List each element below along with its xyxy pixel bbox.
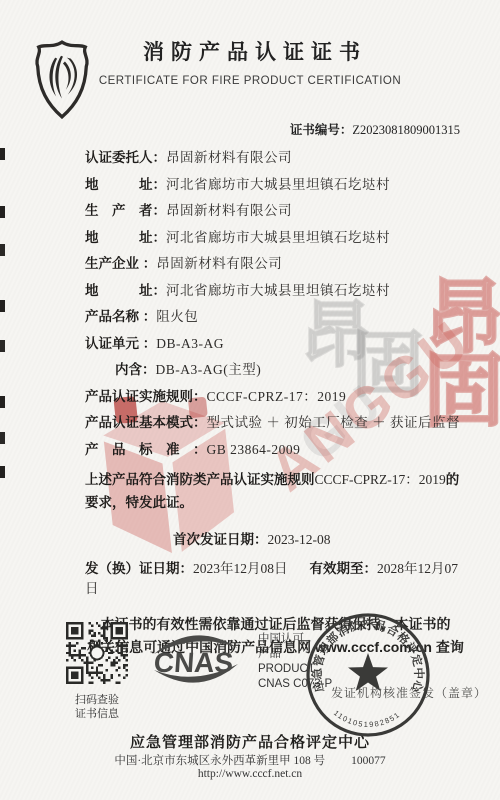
field-product-name: 产品名称 ：阻火包 <box>85 309 466 325</box>
field-value: 型式试验 ＋ 初始工厂检查 ＋ 获证后监督 <box>207 415 461 430</box>
field-producer-address: 地 址：河北省廊坊市大城县里坦镇石圪垯村 <box>85 230 466 246</box>
footer-logos: 扫码查验 证书信息 CNAS 中国认可 产品 PRODUCT CNAS C073… <box>62 622 332 721</box>
seal-number: 1101051982851 <box>332 708 402 729</box>
fire-shield-logo-icon <box>28 38 96 122</box>
certificate-body: 认证委托人：昂固新材料有限公司 地 址：河北省廊坊市大城县里坦镇石圪垯村 生 产… <box>85 150 466 659</box>
valid-until-label: 有效期至： <box>310 561 378 576</box>
first-issue-date-value: 2023-12-08 <box>268 532 331 547</box>
field-value: CCCF-CPRZ-17：2019 <box>207 389 347 404</box>
field-label: 产品认证基本模式： <box>85 415 207 430</box>
statement-lead: 上述产品符合消防类产品认证实施规则 <box>85 472 315 487</box>
postcode: 100077 <box>351 755 386 767</box>
field-label: 产品名称 ： <box>85 309 156 324</box>
field-label: 生 产 者： <box>85 203 166 218</box>
field-product-standard: 产 品 标 准 ：GB 23864-2009 <box>85 442 466 458</box>
field-label: 地 址： <box>85 283 166 298</box>
field-certification-mode: 产品认证基本模式：型式试验 ＋ 初始工厂检查 ＋ 获证后监督 <box>85 415 466 431</box>
field-label: 生产企业 ： <box>85 256 156 271</box>
scan-artifact-marks <box>0 148 5 160</box>
statement-rule-code: CCCF-CPRZ-17：2019 <box>315 472 446 487</box>
qr-caption-line2: 证书信息 <box>62 707 132 721</box>
field-applicant: 认证委托人：昂固新材料有限公司 <box>85 150 466 166</box>
field-certification-unit: 认证单元 ：DB-A3-AG <box>85 336 466 352</box>
certificate-number-value: Z2023081809001315 <box>352 123 460 137</box>
svg-text:1101051982851: 1101051982851 <box>332 708 402 729</box>
field-label: 认证单元 ： <box>85 336 156 351</box>
certificate-number: 证书编号：Z2023081809001315 <box>290 120 460 138</box>
field-label: 地 址： <box>85 230 166 245</box>
cnas-logo: CNAS <box>146 628 246 695</box>
first-issue-date-row: 首次发证日期：2023-12-08 <box>85 528 466 548</box>
cnas-logo-text: CNAS <box>153 647 234 678</box>
field-label: 地 址： <box>85 177 166 192</box>
reissue-date-label: 发（换）证日期： <box>85 561 193 576</box>
qr-code <box>66 622 128 684</box>
field-label: 产 品 标 准 ： <box>85 442 207 457</box>
conformity-statement: 上述产品符合消防类产品认证实施规则CCCF-CPRZ-17：2019的要求，特发… <box>85 468 466 514</box>
field-applicant-address: 地 址：河北省廊坊市大城县里坦镇石圪垯村 <box>85 177 466 193</box>
qr-caption-line1: 扫码查验 <box>62 693 132 707</box>
field-value: 河北省廊坊市大城县里坦镇石圪垯村 <box>166 177 390 192</box>
field-label: 内含： <box>115 362 156 377</box>
field-value: GB 23864-2009 <box>207 442 301 457</box>
qr-caption: 扫码查验 证书信息 <box>62 693 132 721</box>
organization-url: http://www.cccf.net.cn <box>0 768 500 780</box>
field-value: DB-A3-AG(主型) <box>156 362 262 377</box>
first-issue-date-label: 首次发证日期： <box>173 532 268 547</box>
field-value: 河北省廊坊市大城县里坦镇石圪垯村 <box>166 283 390 298</box>
field-manufacturer-address: 地 址：河北省廊坊市大城县里坦镇石圪垯村 <box>85 283 466 299</box>
certificate-page: 昂 固 GU 昂 固 ANGGU 消防产品认证证书 CERTIFICATE FO… <box>0 0 500 800</box>
field-value: DB-A3-AG <box>156 336 224 351</box>
reissue-validity-row: 发（换）证日期：2023年12月08日有效期至：2028年12月07日 <box>85 557 466 597</box>
certificate-number-label: 证书编号： <box>290 123 353 137</box>
field-included-models: 内含：DB-A3-AG(主型) <box>85 362 466 378</box>
field-label: 认证委托人： <box>85 150 166 165</box>
official-seal: 应急管理部消防产品合格评定中心 1101051982851 <box>303 610 433 740</box>
field-value: 昂固新材料有限公司 <box>166 203 292 218</box>
certificate-header: 消防产品认证证书 CERTIFICATE FOR FIRE PRODUCT CE… <box>0 36 500 87</box>
field-implementation-rule: 产品认证实施规则：CCCF-CPRZ-17：2019 <box>85 389 466 405</box>
address-text: 中国·北京市东城区永外西革新里甲 108 号 <box>114 755 325 767</box>
field-value: 昂固新材料有限公司 <box>156 256 282 271</box>
field-label: 产品认证实施规则： <box>85 389 207 404</box>
field-manufacturer: 生产企业 ：昂固新材料有限公司 <box>85 256 466 272</box>
field-value: 阻火包 <box>156 309 198 324</box>
field-producer: 生 产 者：昂固新材料有限公司 <box>85 203 466 219</box>
field-value: 河北省廊坊市大城县里坦镇石圪垯村 <box>166 230 390 245</box>
reissue-date-value: 2023年12月08日 <box>193 561 288 576</box>
organization-address: 中国·北京市东城区永外西革新里甲 108 号100077 <box>0 752 500 768</box>
qr-block: 扫码查验 证书信息 <box>62 622 132 721</box>
field-value: 昂固新材料有限公司 <box>166 150 292 165</box>
seal-star-icon <box>348 653 388 691</box>
